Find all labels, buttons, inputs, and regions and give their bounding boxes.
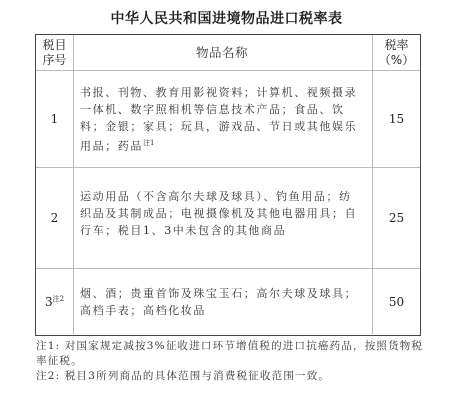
row-index: 1 xyxy=(36,71,74,167)
row-items: 书报、刊物、教育用影视资料；计算机、视频摄录一体机、数字照相机等信息技术产品；食… xyxy=(74,71,373,167)
row-index: 3注2 xyxy=(36,269,74,334)
page-title: 中华人民共和国进境物品进口税率表 xyxy=(0,8,453,28)
row-index: 2 xyxy=(36,168,74,268)
tax-rate-table: 税目 序号 物品名称 税率 （%） 1 书报、刊物、教育用影视资料；计算机、视频… xyxy=(35,34,421,336)
row-items: 烟、酒；贵重首饰及珠宝玉石；高尔夫球及球具；高档手表；高档化妆品 xyxy=(74,269,373,334)
header-rate-line1: 税率 xyxy=(379,38,414,53)
header-index: 税目 序号 xyxy=(36,35,74,70)
header-index-line2: 序号 xyxy=(42,53,66,68)
row-rate: 15 xyxy=(373,71,420,167)
header-item-name: 物品名称 xyxy=(74,35,373,70)
table-row: 2 运动用品（不含高尔夫球及球具）、钓鱼用品；纺织品及其制成品；电视摄像机及其他… xyxy=(36,168,420,269)
row-rate: 25 xyxy=(373,168,420,268)
table-row: 3注2 烟、酒；贵重首饰及珠宝玉石；高尔夫球及球具；高档手表；高档化妆品 50 xyxy=(36,269,420,334)
footnote-marker: 注2 xyxy=(53,295,64,303)
table-header-row: 税目 序号 物品名称 税率 （%） xyxy=(36,35,420,71)
footnote-2: 注2: 税目3所列商品的具体范围与消费税征收范围一致。 xyxy=(36,369,426,384)
header-rate-line2: （%） xyxy=(379,53,414,68)
footnote-1: 注1: 对国家规定减按3%征收进口环节增值税的进口抗癌药品，按照货物税率征税。 xyxy=(36,339,426,369)
header-index-line1: 税目 xyxy=(42,38,66,53)
footnote-marker: 注1 xyxy=(143,139,154,147)
row-rate: 50 xyxy=(373,269,420,334)
header-rate: 税率 （%） xyxy=(373,35,420,70)
table-row: 1 书报、刊物、教育用影视资料；计算机、视频摄录一体机、数字照相机等信息技术产品… xyxy=(36,71,420,168)
footnotes: 注1: 对国家规定减按3%征收进口环节增值税的进口抗癌药品，按照货物税率征税。 … xyxy=(36,339,426,384)
row-items: 运动用品（不含高尔夫球及球具）、钓鱼用品；纺织品及其制成品；电视摄像机及其他电器… xyxy=(74,168,373,268)
